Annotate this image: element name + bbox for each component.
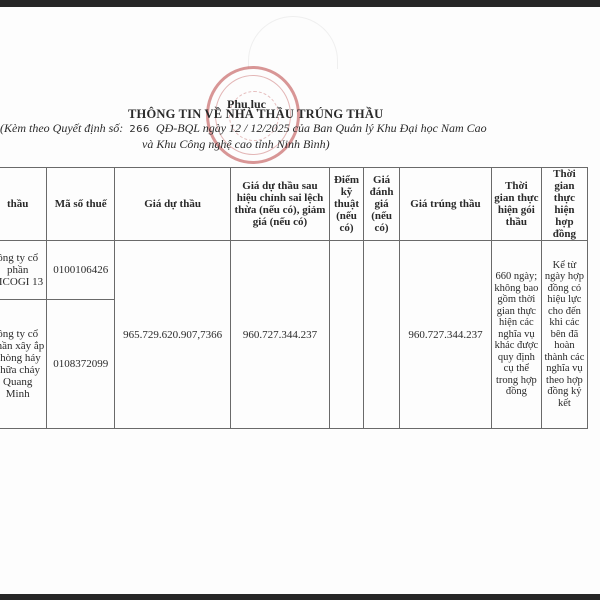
decision-reference-line2: và Khu Công nghệ cao tỉnh Ninh Bình): [142, 137, 330, 152]
table-row: ông ty cổ phần LICOGI 13 0100106426 965.…: [0, 241, 588, 300]
document-title: THÔNG TIN VỀ NHÀ THẦU TRÚNG THẦU: [128, 107, 383, 122]
header-technical-score: Điểm kỹ thuật (nếu có): [329, 168, 363, 241]
decision-reference: (Kèm theo Quyết định số: 266 QĐ-BQL ngày…: [0, 121, 487, 136]
header-adjusted-bid-price: Giá dự thầu sau hiệu chỉnh sai lệch thừa…: [231, 168, 330, 241]
bid-price: 965.729.620.907,7366: [115, 241, 231, 429]
package-duration: 660 ngày; không bao gồm thời gian thực h…: [491, 241, 541, 429]
tax-code: 0108372099: [47, 300, 115, 429]
technical-score: [329, 241, 363, 429]
header-evaluated-price: Giá đánh giá (nếu có): [364, 168, 400, 241]
contractor-name: ông ty cổ phần LICOGI 13: [0, 241, 47, 300]
winning-price: 960.727.344.237: [400, 241, 492, 429]
decision-prefix: (Kèm theo Quyết định số:: [0, 121, 123, 135]
header-bid-price: Giá dự thầu: [115, 168, 231, 241]
tax-code: 0100106426: [47, 241, 115, 300]
decision-suffix: QĐ-BQL ngày 12 / 12/2025 của Ban Quản lý…: [156, 121, 487, 135]
top-frame-bar: [0, 0, 600, 7]
contractor-name: ông ty cổ phần xây ắp phòng háy chữa chá…: [0, 300, 47, 429]
evaluated-price: [364, 241, 400, 429]
winning-contractor-table: thầu Mã số thuế Giá dự thầu Giá dự thầu …: [0, 167, 588, 429]
header-tax-code: Mã số thuế: [47, 168, 115, 241]
header-winning-price: Giá trúng thầu: [400, 168, 492, 241]
decision-number: 266: [129, 124, 150, 135]
table-header-row: thầu Mã số thuế Giá dự thầu Giá dự thầu …: [0, 168, 588, 241]
header-package-duration: Thời gian thực hiện gói thầu: [491, 168, 541, 241]
faded-seal-impression: [248, 16, 338, 69]
header-contract-duration: Thời gian thực hiện hợp đồng: [541, 168, 587, 241]
contract-duration: Kể từ ngày hợp đồng có hiệu lực cho đến …: [541, 241, 587, 429]
header-contractor-name: thầu: [0, 168, 47, 241]
bottom-frame-bar: [0, 594, 600, 600]
adjusted-bid-price: 960.727.344.237: [231, 241, 330, 429]
